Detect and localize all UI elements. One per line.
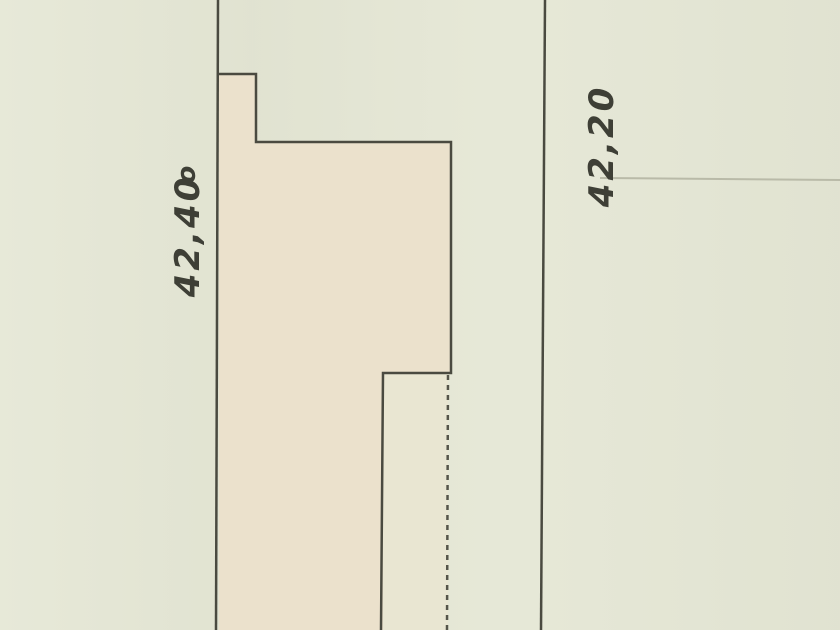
right-dimension-label: 42,20	[582, 66, 622, 226]
edge-fragment-label: o	[172, 158, 202, 188]
faint-boundary-line	[600, 178, 840, 180]
lot-left-boundary	[216, 0, 218, 630]
lot-right-boundary	[541, 0, 545, 630]
plot-plan-drawing	[0, 0, 840, 630]
annex-area	[383, 373, 448, 630]
